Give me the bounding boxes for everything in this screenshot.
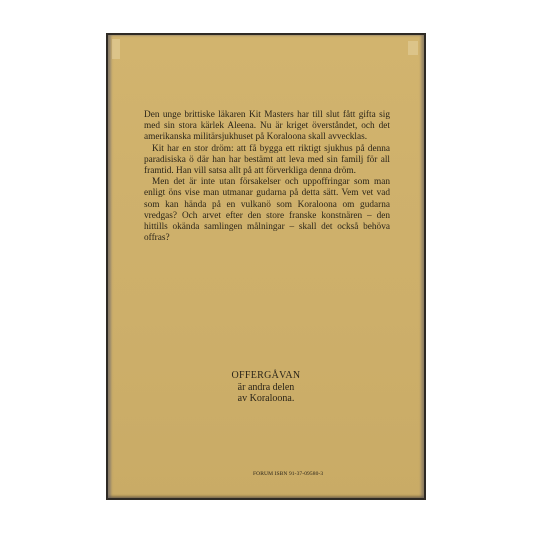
isbn-label: FORUM ISBN 91-37-09580-3 (253, 471, 323, 477)
cover-wear (408, 41, 418, 55)
blurb-paragraph: Men det är inte utan försakelser och upp… (144, 177, 390, 244)
blurb-paragraph: Den unge brittiske läkaren Kit Masters h… (144, 110, 390, 144)
blurb-text: Den unge brittiske läkaren Kit Masters h… (144, 110, 390, 244)
blurb-paragraph: Kit har en stor dröm: att få bygga ett r… (144, 144, 390, 178)
series-note: OFFERGÅVAN är andra delen av Koraloona. (108, 370, 424, 405)
series-title: OFFERGÅVAN (108, 370, 424, 382)
cover-wear (112, 39, 120, 59)
series-line: av Koraloona. (108, 393, 424, 405)
book-back-cover: Den unge brittiske läkaren Kit Masters h… (106, 33, 426, 500)
series-line: är andra delen (108, 382, 424, 394)
